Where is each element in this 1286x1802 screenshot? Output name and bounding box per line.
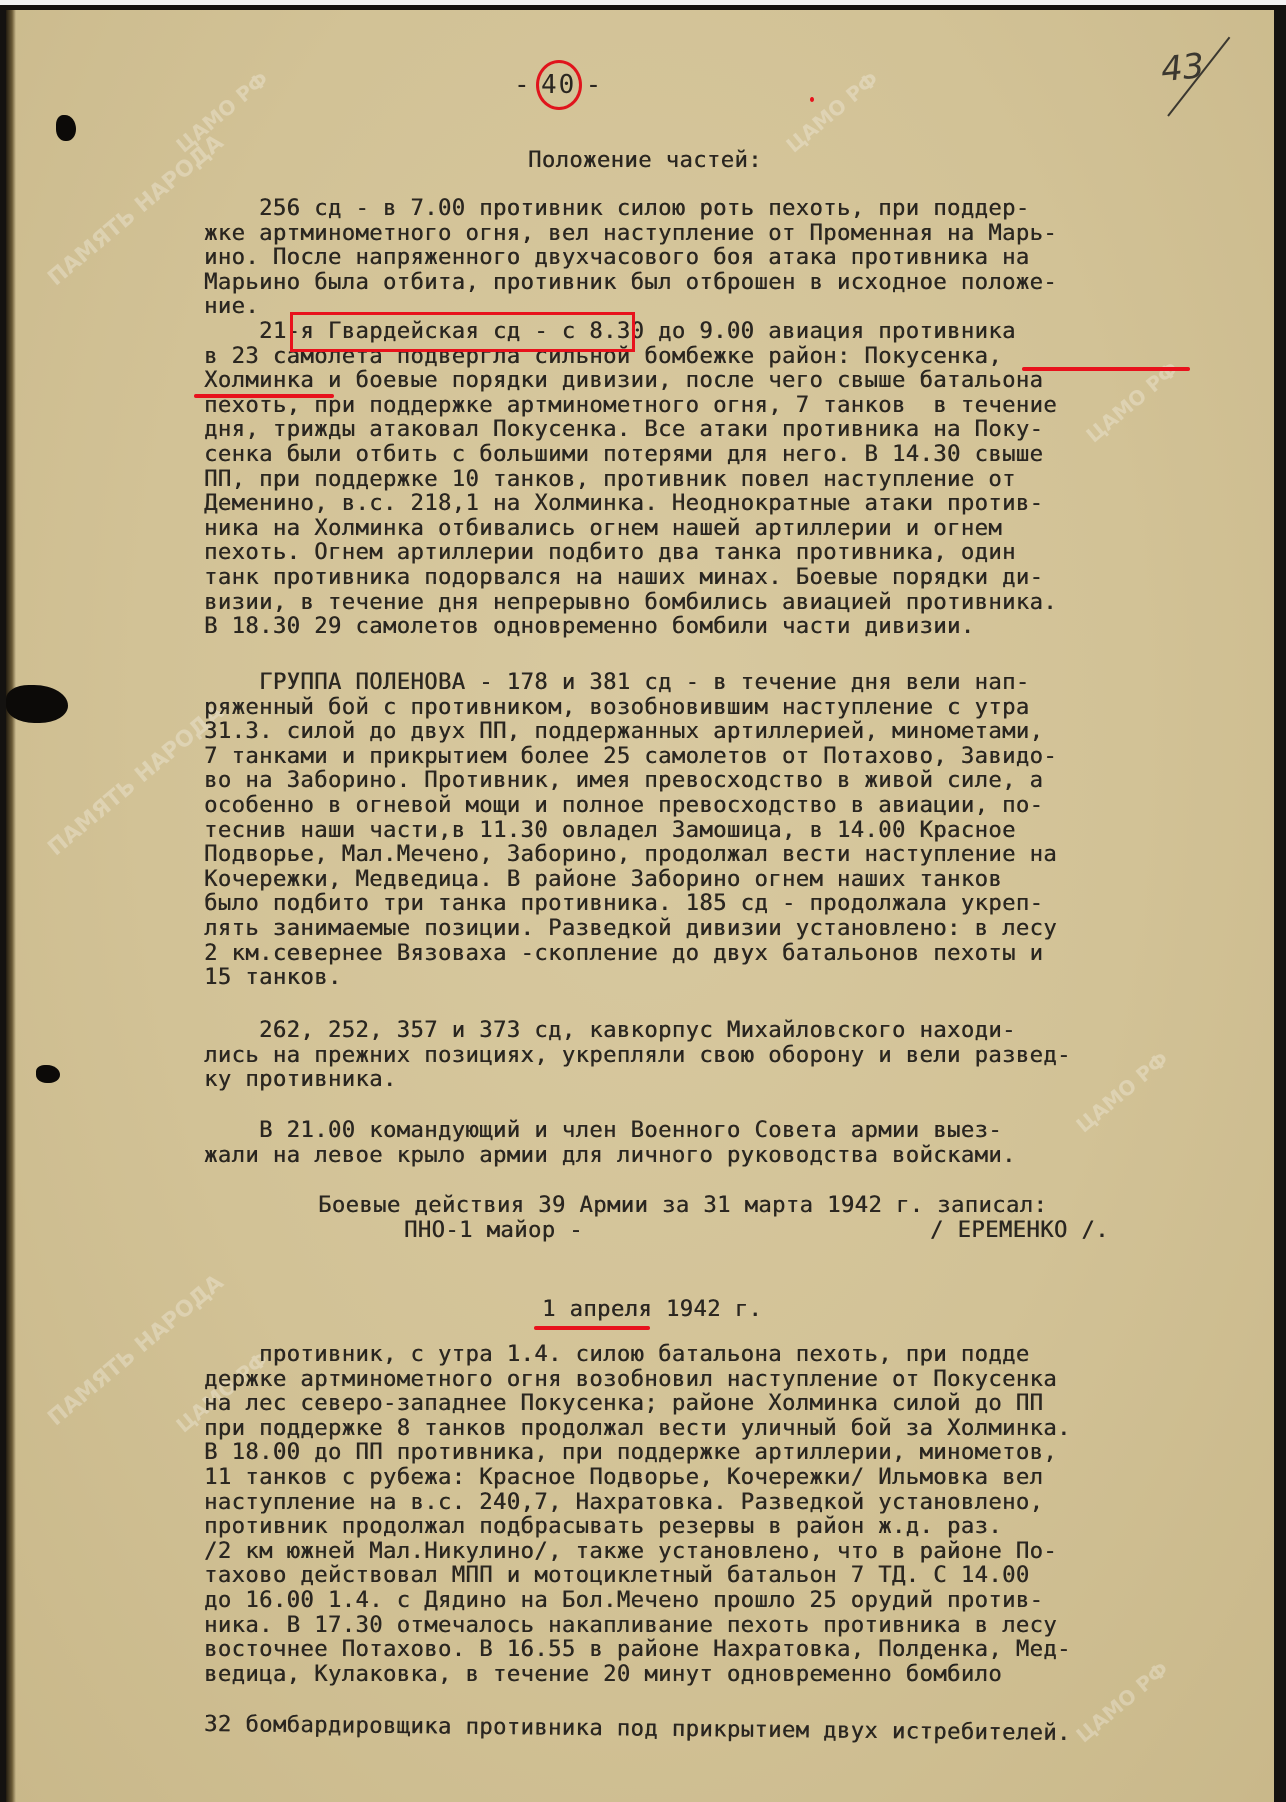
watermark-camo: ЦАМО РФ: [781, 67, 883, 158]
paragraph-april-last-line: 32 бомбардировщика противника под прикры…: [204, 1712, 1071, 1746]
signature-line: Боевые действия 39 Армии за 31 марта 194…: [318, 1193, 1047, 1218]
document-page: ЦАМО РФ ЦАМО РФ ПАМЯТЬ НАРОДА ПАМЯТЬ НАР…: [6, 10, 1274, 1802]
watermark-camo: ЦАМО РФ: [1071, 1657, 1173, 1748]
underline-date: [534, 1326, 650, 1330]
underline-kholminka: [194, 394, 334, 398]
highlight-box-21-guards: [290, 312, 635, 352]
punch-hole: [6, 685, 68, 723]
watermark-pamyat: ПАМЯТЬ НАРОДА: [45, 702, 228, 861]
signature-name: / ЕРЕМЕНКО /.: [930, 1218, 1109, 1243]
paragraph-divisions: 262, 252, 357 и 373 сд, кавкорпус Михайл…: [204, 1018, 1071, 1092]
paragraph-21-guards: 21-я Гвардейская сд - с 8.30 до 9.00 ави…: [204, 319, 1057, 639]
paragraph-polenov-group: ГРУППА ПОЛЕНОВА - 178 и 381 сд - в течен…: [204, 670, 1057, 990]
underline-pokusenka: [1022, 367, 1190, 371]
punch-hole: [56, 115, 76, 141]
paragraph-commander: В 21.00 командующий и член Военного Сове…: [204, 1118, 1016, 1167]
paragraph-256: 256 сд - в 7.00 противник силою роть пех…: [204, 196, 1057, 319]
watermark-camo: ЦАМО РФ: [1071, 1047, 1173, 1138]
paragraph-april-1: противник, с утра 1.4. силою батальона п…: [204, 1342, 1071, 1686]
page-number-dash: -: [586, 70, 604, 100]
page-number-dash: -: [514, 70, 532, 100]
signature-rank: ПНО-1 майор -: [404, 1218, 583, 1243]
page-number-circled: 40: [536, 60, 582, 110]
date-heading: 1 апреля 1942 г.: [542, 1297, 762, 1322]
watermark-pamyat: ПАМЯТЬ НАРОДА: [45, 132, 228, 291]
section-heading: Положение частей:: [528, 148, 762, 173]
watermark-camo: ЦАМО РФ: [171, 67, 273, 158]
folio-number: 43: [1159, 46, 1206, 90]
watermark-pamyat: ПАМЯТЬ НАРОДА: [45, 1272, 228, 1431]
punch-hole: [36, 1065, 60, 1083]
red-mark: [810, 97, 814, 102]
page-number: -40-: [514, 60, 603, 110]
